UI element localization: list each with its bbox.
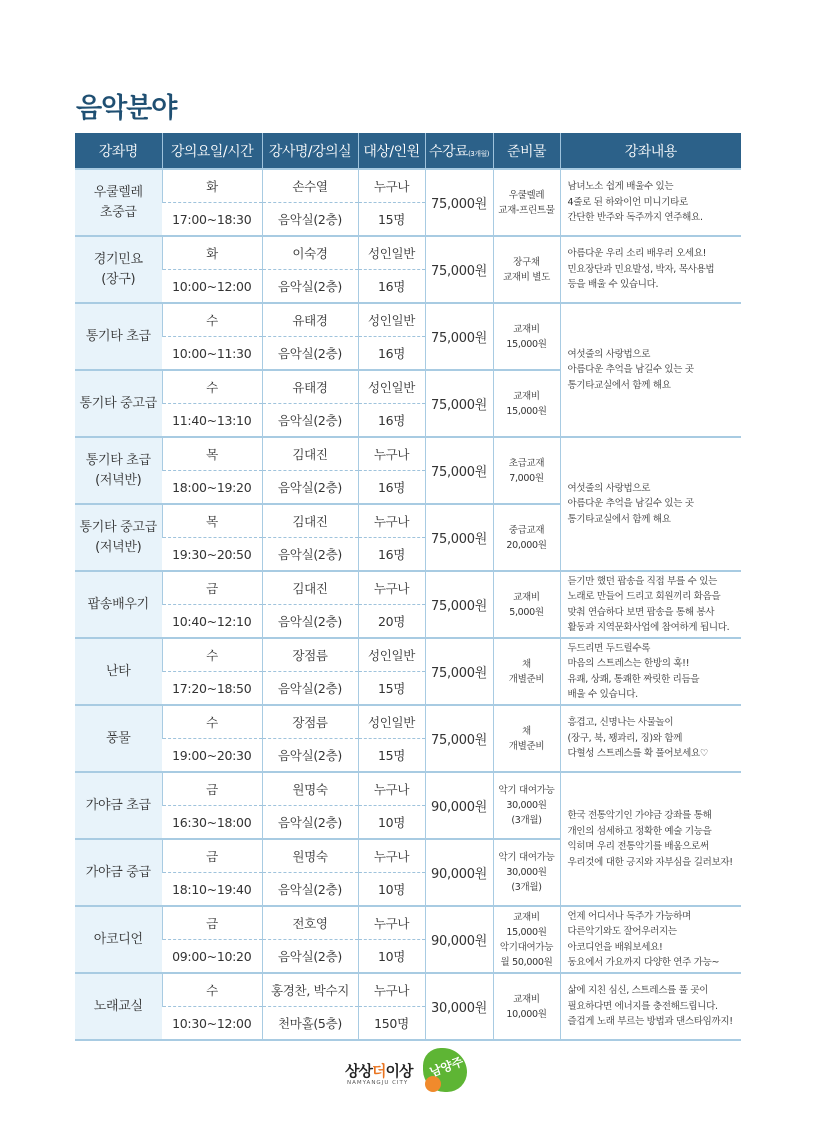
course-materials: 중급교재20,000원: [493, 504, 560, 571]
course-room: 음악실(2층): [262, 940, 358, 974]
course-fee: 90,000원: [425, 906, 493, 973]
course-name: 팝송배우기: [75, 571, 162, 638]
course-target: 누구나: [358, 437, 425, 471]
course-room: 음악실(2층): [262, 672, 358, 706]
course-name: 가야금 초급: [75, 772, 162, 839]
course-materials: 교재비5,000원: [493, 571, 560, 638]
course-day: 수: [162, 705, 262, 739]
course-fee: 75,000원: [425, 169, 493, 236]
page-title: 음악분야: [76, 86, 176, 125]
course-target: 누구나: [358, 169, 425, 203]
course-time: 10:40~12:10: [162, 605, 262, 639]
course-materials: 초급교재7,000원: [493, 437, 560, 504]
course-time: 16:30~18:00: [162, 806, 262, 840]
course-capacity: 10명: [358, 873, 425, 907]
course-materials: 교재비15,000원: [493, 303, 560, 370]
course-materials: 채개별준비: [493, 705, 560, 772]
course-name: 경기민요(장구): [75, 236, 162, 303]
course-time: 18:10~19:40: [162, 873, 262, 907]
course-target: 성인일반: [358, 303, 425, 337]
course-fee: 75,000원: [425, 236, 493, 303]
table-header-row: 강좌명 강의요일/시간 강사명/강의실 대상/인원 수강료(3개월) 준비물 강…: [75, 133, 741, 169]
course-teacher: 김대진: [262, 504, 358, 538]
course-teacher: 원명숙: [262, 839, 358, 873]
course-day: 수: [162, 370, 262, 404]
table-row: 우쿨렐레초중급화손수열누구나75,000원우쿨렐레교재-프린트물남녀노소 쉽게 …: [75, 169, 741, 203]
course-description: 삶에 지친 심신, 스트레스를 풀 곳이필요하다면 에너지를 충전해드립니다.즐…: [560, 973, 741, 1040]
course-description: 두드리면 두드릴수록마음의 스트레스는 한방의 훅!!유쾌, 상쾌, 통쾌한 짜…: [560, 638, 741, 705]
table-row: 통기타 초급수유태경성인일반75,000원교재비15,000원여섯줄의 사랑법으…: [75, 303, 741, 337]
course-room: 음악실(2층): [262, 605, 358, 639]
course-target: 성인일반: [358, 705, 425, 739]
course-teacher: 김대진: [262, 437, 358, 471]
course-target: 누구나: [358, 906, 425, 940]
course-description: 아름다운 우리 소리 배우러 오세요!민요장단과 민요발성, 박자, 목사용법등…: [560, 236, 741, 303]
course-room: 음악실(2층): [262, 404, 358, 438]
course-target: 누구나: [358, 504, 425, 538]
course-name: 노래교실: [75, 973, 162, 1040]
course-time: 17:00~18:30: [162, 203, 262, 237]
course-capacity: 150명: [358, 1007, 425, 1041]
course-teacher: 전호영: [262, 906, 358, 940]
table-row: 난타수장점름성인일반75,000원채개별준비두드리면 두드릴수록마음의 스트레스…: [75, 638, 741, 672]
header-target: 대상/인원: [358, 133, 425, 169]
course-day: 수: [162, 638, 262, 672]
course-description: 듣기만 했던 팝송을 직접 부를 수 있는노래로 만들어 드리고 회원끼리 화음…: [560, 571, 741, 638]
course-fee: 75,000원: [425, 504, 493, 571]
course-fee: 75,000원: [425, 437, 493, 504]
course-capacity: 15명: [358, 739, 425, 773]
header-description: 강좌내용: [560, 133, 741, 169]
course-room: 음악실(2층): [262, 806, 358, 840]
course-description: 남녀노소 쉽게 배울수 있는4줄로 된 하와이언 미니기타로간단한 반주와 독주…: [560, 169, 741, 236]
course-materials: 장구채교재비 별도: [493, 236, 560, 303]
table-row: 경기민요(장구)화이숙경성인일반75,000원장구채교재비 별도아름다운 우리 …: [75, 236, 741, 270]
course-teacher: 유태경: [262, 303, 358, 337]
course-target: 누구나: [358, 839, 425, 873]
course-day: 수: [162, 303, 262, 337]
course-time: 19:30~20:50: [162, 538, 262, 572]
course-day: 금: [162, 906, 262, 940]
course-target: 누구나: [358, 571, 425, 605]
course-materials: 채개별준비: [493, 638, 560, 705]
table-row: 풍물수장점름성인일반75,000원채개별준비흥겹고, 신명나는 사물놀이(장구,…: [75, 705, 741, 739]
course-day: 수: [162, 973, 262, 1007]
course-name: 가야금 중급: [75, 839, 162, 906]
course-fee: 75,000원: [425, 370, 493, 437]
logo-city-name: NAMYANGJU CITY: [347, 1080, 408, 1086]
course-teacher: 김대진: [262, 571, 358, 605]
course-time: 10:00~11:30: [162, 337, 262, 371]
course-room: 음악실(2층): [262, 739, 358, 773]
header-fee: 수강료(3개월): [425, 133, 493, 169]
logo-accent-shape: [425, 1076, 441, 1092]
course-name: 통기타 중고급: [75, 370, 162, 437]
course-target: 누구나: [358, 772, 425, 806]
course-day: 금: [162, 839, 262, 873]
table-row: 통기타 초급(저녁반)목김대진누구나75,000원초급교재7,000원여섯줄의 …: [75, 437, 741, 471]
course-room: 천마홀(5층): [262, 1007, 358, 1041]
course-description: 언제 어디서나 독주가 가능하며다른악기와도 잘어우러지는아코디언을 배워보세요…: [560, 906, 741, 973]
city-logo: 상상더이상 NAMYANGJU CITY 남양주: [345, 1046, 475, 1098]
course-teacher: 손수열: [262, 169, 358, 203]
logo-slogan: 상상더이상: [345, 1060, 412, 1081]
course-fee: 75,000원: [425, 571, 493, 638]
table-row: 노래교실수홍경찬, 박수지누구나30,000원교재비10,000원삶에 지친 심…: [75, 973, 741, 1007]
header-fee-label: 수강료: [429, 144, 468, 160]
course-capacity: 15명: [358, 672, 425, 706]
course-teacher: 유태경: [262, 370, 358, 404]
course-description: 흥겹고, 신명나는 사물놀이(장구, 북, 꽹과리, 징)와 함께다혈성 스트레…: [560, 705, 741, 772]
course-description: 여섯줄의 사랑법으로아름다운 추억을 남길수 있는 곳통기타교실에서 함께 해요: [560, 437, 741, 571]
course-room: 음악실(2층): [262, 270, 358, 304]
course-time: 09:00~10:20: [162, 940, 262, 974]
course-capacity: 16명: [358, 471, 425, 505]
header-course-name: 강좌명: [75, 133, 162, 169]
course-table: 강좌명 강의요일/시간 강사명/강의실 대상/인원 수강료(3개월) 준비물 강…: [75, 133, 741, 1041]
course-description: 한국 전통악기인 가야금 강좌를 통해개인의 섬세하고 정확한 예술 기능을익히…: [560, 772, 741, 906]
course-teacher: 장점름: [262, 638, 358, 672]
course-room: 음악실(2층): [262, 337, 358, 371]
course-time: 10:30~12:00: [162, 1007, 262, 1041]
course-target: 성인일반: [358, 638, 425, 672]
course-room: 음악실(2층): [262, 873, 358, 907]
table-row: 팝송배우기금김대진누구나75,000원교재비5,000원듣기만 했던 팝송을 직…: [75, 571, 741, 605]
course-materials: 교재비10,000원: [493, 973, 560, 1040]
course-fee: 90,000원: [425, 839, 493, 906]
course-time: 19:00~20:30: [162, 739, 262, 773]
course-name: 통기타 초급: [75, 303, 162, 370]
header-materials: 준비물: [493, 133, 560, 169]
course-room: 음악실(2층): [262, 471, 358, 505]
course-description: 여섯줄의 사랑법으로아름다운 추억을 남길수 있는 곳통기타교실에서 함께 해요: [560, 303, 741, 437]
course-target: 성인일반: [358, 236, 425, 270]
course-materials: 악기 대여가능30,000원(3개월): [493, 772, 560, 839]
course-fee: 75,000원: [425, 303, 493, 370]
course-room: 음악실(2층): [262, 538, 358, 572]
course-materials: 교재비15,000원: [493, 370, 560, 437]
course-name: 난타: [75, 638, 162, 705]
course-capacity: 10명: [358, 806, 425, 840]
course-materials: 악기 대여가능30,000원(3개월): [493, 839, 560, 906]
course-fee: 75,000원: [425, 705, 493, 772]
header-instructor: 강사명/강의실: [262, 133, 358, 169]
course-capacity: 10명: [358, 940, 425, 974]
course-teacher: 장점름: [262, 705, 358, 739]
course-capacity: 16명: [358, 538, 425, 572]
course-name: 통기타 초급(저녁반): [75, 437, 162, 504]
course-target: 누구나: [358, 973, 425, 1007]
course-capacity: 16명: [358, 270, 425, 304]
course-time: 11:40~13:10: [162, 404, 262, 438]
course-name: 풍물: [75, 705, 162, 772]
course-day: 금: [162, 772, 262, 806]
course-name: 통기타 중고급(저녁반): [75, 504, 162, 571]
course-time: 18:00~19:20: [162, 471, 262, 505]
course-day: 목: [162, 437, 262, 471]
course-name: 아코디언: [75, 906, 162, 973]
course-day: 화: [162, 169, 262, 203]
course-capacity: 16명: [358, 404, 425, 438]
table-row: 가야금 초급금원명숙누구나90,000원악기 대여가능30,000원(3개월)한…: [75, 772, 741, 806]
course-time: 17:20~18:50: [162, 672, 262, 706]
course-teacher: 이숙경: [262, 236, 358, 270]
course-teacher: 홍경찬, 박수지: [262, 973, 358, 1007]
course-day: 금: [162, 571, 262, 605]
course-fee: 30,000원: [425, 973, 493, 1040]
course-name: 우쿨렐레초중급: [75, 169, 162, 236]
course-materials: 교재비15,000원악기대여가능월 50,000원: [493, 906, 560, 973]
course-fee: 90,000원: [425, 772, 493, 839]
course-capacity: 16명: [358, 337, 425, 371]
course-teacher: 원명숙: [262, 772, 358, 806]
course-room: 음악실(2층): [262, 203, 358, 237]
course-time: 10:00~12:00: [162, 270, 262, 304]
table-row: 아코디언금전호영누구나90,000원교재비15,000원악기대여가능월 50,0…: [75, 906, 741, 940]
header-fee-note: (3개월): [468, 150, 489, 158]
course-day: 목: [162, 504, 262, 538]
header-schedule: 강의요일/시간: [162, 133, 262, 169]
course-fee: 75,000원: [425, 638, 493, 705]
course-capacity: 15명: [358, 203, 425, 237]
course-target: 성인일반: [358, 370, 425, 404]
course-capacity: 20명: [358, 605, 425, 639]
course-materials: 우쿨렐레교재-프린트물: [493, 169, 560, 236]
course-day: 화: [162, 236, 262, 270]
